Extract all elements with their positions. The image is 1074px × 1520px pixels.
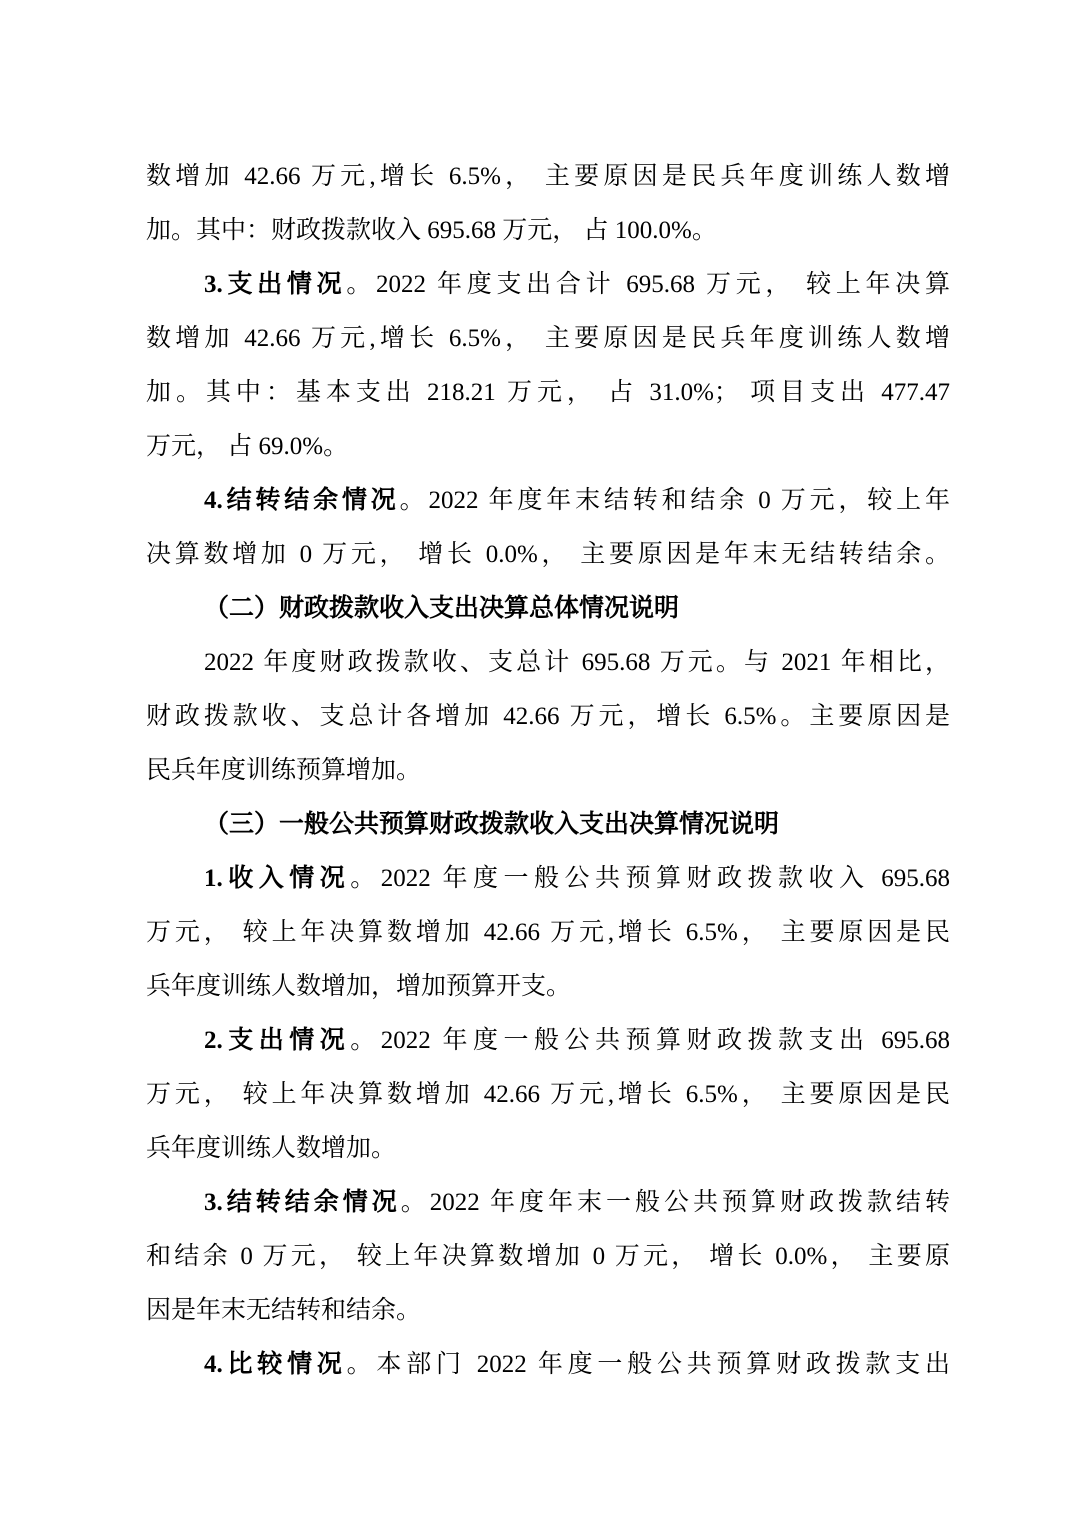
- bold-label: 1.收入情况: [204, 865, 350, 892]
- doc-line-7: 4.结转结余情况。2022 年度年末结转和结余 0 万元，较上年: [146, 474, 950, 528]
- doc-line-21: 和结余 0 万元， 较上年决算数增加 0 万元， 增长 0.0%， 主要原: [146, 1230, 950, 1284]
- document-text-block: 数增加 42.66 万元,增长 6.5%， 主要原因是民兵年度训练人数增加。其中…: [146, 150, 950, 1392]
- doc-line-18: 万元， 较上年决算数增加 42.66 万元,增长 6.5%， 主要原因是民: [146, 1068, 950, 1122]
- text-segment: 。2022 年度年末一般公共预算财政拨款结转: [401, 1189, 950, 1216]
- doc-line-12: 民兵年度训练预算增加。: [146, 744, 950, 798]
- bold-label: （二）财政拨款收入支出决算总体情况说明: [204, 595, 679, 622]
- text-segment: 兵年度训练人数增加。: [146, 1135, 396, 1162]
- document-page: 数增加 42.66 万元,增长 6.5%， 主要原因是民兵年度训练人数增加。其中…: [0, 0, 1074, 1520]
- doc-line-14: 1.收入情况。2022 年度一般公共预算财政拨款收入 695.68: [146, 852, 950, 906]
- doc-line-23: 4.比较情况。本部门 2022 年度一般公共预算财政拨款支出: [146, 1338, 950, 1392]
- text-segment: 。2022 年度一般公共预算财政拨款支出 695.68: [350, 1027, 950, 1054]
- text-segment: 和结余 0 万元， 较上年决算数增加 0 万元， 增长 0.0%， 主要原: [146, 1243, 950, 1270]
- doc-line-6: 万元， 占 69.0%。: [146, 420, 950, 474]
- text-segment: 万元， 占 69.0%。: [146, 433, 348, 460]
- doc-line-1: 数增加 42.66 万元,增长 6.5%， 主要原因是民兵年度训练人数增: [146, 150, 950, 204]
- doc-line-15: 万元， 较上年决算数增加 42.66 万元,增长 6.5%， 主要原因是民: [146, 906, 950, 960]
- text-segment: 财政拨款收、支总计各增加 42.66 万元，增长 6.5%。主要原因是: [146, 703, 950, 730]
- bold-label: （三）一般公共预算财政拨款收入支出决算情况说明: [204, 811, 779, 838]
- text-segment: 数增加 42.66 万元,增长 6.5%， 主要原因是民兵年度训练人数增: [146, 163, 950, 190]
- text-segment: 。2022 年度一般公共预算财政拨款收入 695.68: [350, 865, 950, 892]
- doc-line-8: 决算数增加 0 万元， 增长 0.0%， 主要原因是年末无结转结余。: [146, 528, 950, 582]
- text-segment: 。本部门 2022 年度一般公共预算财政拨款支出: [347, 1351, 950, 1378]
- doc-line-4: 数增加 42.66 万元,增长 6.5%， 主要原因是民兵年度训练人数增: [146, 312, 950, 366]
- text-segment: 因是年末无结转和结余。: [146, 1297, 421, 1324]
- doc-line-19: 兵年度训练人数增加。: [146, 1122, 950, 1176]
- bold-label: 3.结转结余情况: [204, 1189, 401, 1216]
- section-heading-2: （二）财政拨款收入支出决算总体情况说明: [146, 582, 950, 636]
- text-segment: 数增加 42.66 万元,增长 6.5%， 主要原因是民兵年度训练人数增: [146, 325, 950, 352]
- section-heading-3: （三）一般公共预算财政拨款收入支出决算情况说明: [146, 798, 950, 852]
- text-segment: 民兵年度训练预算增加。: [146, 757, 421, 784]
- text-segment: 。2022 年度支出合计 695.68 万元， 较上年决算: [346, 271, 950, 298]
- text-segment: 加。其中：基本支出 218.21 万元， 占 31.0%； 项目支出 477.4…: [146, 379, 950, 406]
- doc-line-5: 加。其中：基本支出 218.21 万元， 占 31.0%； 项目支出 477.4…: [146, 366, 950, 420]
- text-segment: 万元， 较上年决算数增加 42.66 万元,增长 6.5%， 主要原因是民: [146, 1081, 950, 1108]
- doc-line-11: 财政拨款收、支总计各增加 42.66 万元，增长 6.5%。主要原因是: [146, 690, 950, 744]
- bold-label: 4.结转结余情况: [204, 487, 400, 514]
- text-segment: 2022 年度财政拨款收、支总计 695.68 万元。与 2021 年相比，: [204, 649, 950, 676]
- doc-line-22: 因是年末无结转和结余。: [146, 1284, 950, 1338]
- text-segment: 决算数增加 0 万元， 增长 0.0%， 主要原因是年末无结转结余。: [146, 541, 950, 568]
- text-segment: 加。其中：财政拨款收入 695.68 万元， 占 100.0%。: [146, 217, 717, 244]
- bold-label: 2.支出情况: [204, 1027, 350, 1054]
- text-segment: 。2022 年度年末结转和结余 0 万元，较上年: [400, 487, 950, 514]
- doc-line-17: 2.支出情况。2022 年度一般公共预算财政拨款支出 695.68: [146, 1014, 950, 1068]
- doc-line-20: 3.结转结余情况。2022 年度年末一般公共预算财政拨款结转: [146, 1176, 950, 1230]
- text-segment: 兵年度训练人数增加，增加预算开支。: [146, 973, 571, 1000]
- bold-label: 4.比较情况: [204, 1351, 347, 1378]
- doc-line-3: 3.支出情况。2022 年度支出合计 695.68 万元， 较上年决算: [146, 258, 950, 312]
- bold-label: 3.支出情况: [204, 271, 346, 298]
- doc-line-16: 兵年度训练人数增加，增加预算开支。: [146, 960, 950, 1014]
- doc-line-2: 加。其中：财政拨款收入 695.68 万元， 占 100.0%。: [146, 204, 950, 258]
- doc-line-10: 2022 年度财政拨款收、支总计 695.68 万元。与 2021 年相比，: [146, 636, 950, 690]
- text-segment: 万元， 较上年决算数增加 42.66 万元,增长 6.5%， 主要原因是民: [146, 919, 950, 946]
